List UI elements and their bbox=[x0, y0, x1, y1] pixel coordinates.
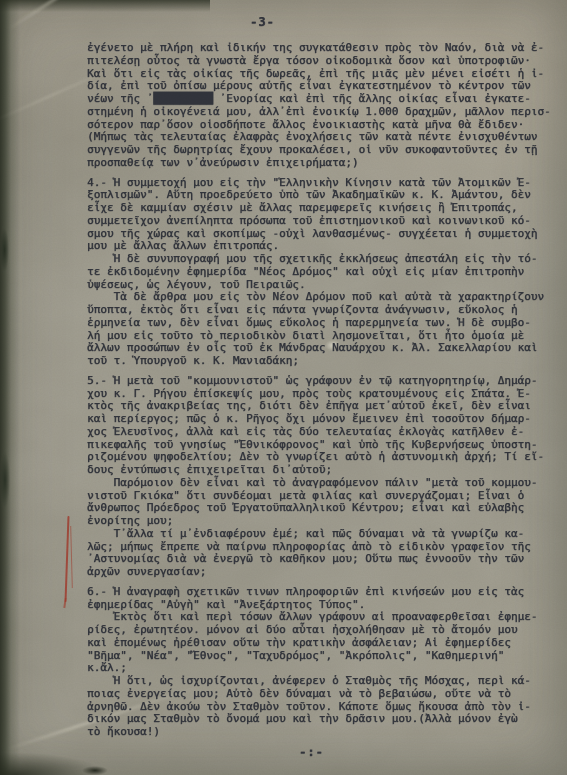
red-pencil-mark bbox=[63, 598, 66, 608]
scan-edge-dark-notch bbox=[0, 452, 10, 508]
typed-line: ὕποπτα, ἐκτὸς ὅτι εἶναι εἰς πάντα γνωρίζ… bbox=[87, 304, 561, 317]
red-pencil-mark bbox=[70, 526, 73, 588]
paragraph-block: 4.- Ἡ συμμετοχή μου εἰς τὴν "Ἑλληνικὴν Κ… bbox=[87, 177, 561, 368]
typed-page-number: -3- bbox=[250, 15, 275, 29]
typed-line: Ἡ δὲ συνυπογραφή μου τῆς σχετικῆς ἐκκλήσ… bbox=[87, 253, 561, 266]
typed-line: Τ᾽ἄλλα τί μ᾽ἐνδιαφέρουν ἐμέ; καὶ πῶς δύν… bbox=[87, 528, 561, 541]
typed-line: ἑρμηνεία των, δὲν εἶναι ὅμως εὔκολος ἡ π… bbox=[87, 317, 561, 330]
scan-edge-dark-spot bbox=[82, 766, 108, 775]
typed-line: τοῦ τ. Ὑπουργοῦ κ. Κ. Μανιαδάκη; bbox=[87, 355, 561, 368]
typed-line: Ἡ ὅτι, ὡς ἰσχυρίζονται, ἀνέφερεν ὁ Σταθμ… bbox=[87, 675, 561, 688]
typed-line: εἶχε δὲ καμμίαν σχέσιν μὲ ἄλλας παρεμφερ… bbox=[87, 202, 561, 215]
typed-line: ρίδες, ἐρωτητέον. μόνον αἱ δύο αὗται ἠσχ… bbox=[87, 624, 561, 637]
scan-edge-shadow-top bbox=[0, 0, 210, 12]
typed-line: 5.- Ἡ μετὰ τοῦ "κομμουνιστοῦ" ὡς γράφουν… bbox=[87, 375, 561, 388]
scanned-document-page: -3- ἐγένετο μὲ πλήρη καὶ ἰδικήν της συγκ… bbox=[0, 0, 567, 775]
typed-line: στημένη ἡ οἰκογένειά μου, ἀλλ᾽ἐπὶ ἐνοικί… bbox=[87, 106, 561, 119]
typed-line: συγγενῶν τῆς δωρητρίας ἔχουν προκαλέσει,… bbox=[87, 144, 561, 157]
typed-line: ἐνορίτης μου; bbox=[87, 515, 561, 528]
paragraph-block: ἐγένετο μὲ πλήρη καὶ ἰδικήν της συγκατάθ… bbox=[87, 42, 561, 170]
typed-line: ποιας ἐνεργείας μου; Αὐτὸ δὲν δύναμαι νὰ… bbox=[87, 688, 561, 701]
typed-line: καὶ ἑπομένως ἠρέθισαν οὕτω τὴν κρατικὴν … bbox=[87, 637, 561, 650]
typed-line: 6.- Ἡ ἀναγραφὴ σχετικῶν τινων πληροφοριῶ… bbox=[87, 586, 561, 599]
typed-line: συμμετεῖχον ἀνεπίληπτα πρόσωπα τοῦ ἐπιστ… bbox=[87, 215, 561, 228]
typed-line: χος Ἐλευσῖνος, ἀλλὰ καὶ εἰς τὰς δύο τελε… bbox=[87, 426, 561, 439]
typed-line: προσπαθείᾳ των ν᾽ἀνεύρωσιν ἐπιχειρήματα;… bbox=[87, 157, 561, 170]
typed-line: πιτελέσῃ οὗτος τὰ γνωστὰ ἔργα τόσον οἰκο… bbox=[87, 55, 561, 68]
paragraph-block: 6.- Ἡ ἀναγραφὴ σχετικῶν τινων πληροφοριῶ… bbox=[87, 586, 561, 739]
red-pencil-mark bbox=[64, 516, 69, 602]
scan-edge-shadow-left bbox=[0, 0, 20, 775]
typed-line: νέων τῆς ᾽█████████ ᾽Ενορίας καὶ ἐπὶ τῆς… bbox=[87, 93, 561, 106]
typed-line: ἐγένετο μὲ πλήρη καὶ ἰδικήν της συγκατάθ… bbox=[87, 42, 561, 55]
typed-line: Παρόμοιον δὲν εἶναι καὶ τὸ ἀναγραφόμενον… bbox=[87, 477, 561, 490]
scan-edge-dark-notch bbox=[0, 228, 9, 272]
typed-line: "Βῆμα", "Νέα", "Ἔθνος", "Ταχυδρόμος", "Ἀ… bbox=[87, 650, 561, 663]
typed-line: τε ἐκδιδομένην ἐφημερίδα "Νέος Δρόμος" κ… bbox=[87, 266, 561, 279]
scan-edge-shadow-bottom-left bbox=[0, 742, 130, 775]
typed-line: καὶ περίεργος; πῶς ὁ κ. Ρῆγος ὄχι μόνον … bbox=[87, 413, 561, 426]
typed-line: τὸ ἤκουσα!) bbox=[87, 726, 561, 739]
typed-line: δους ἐντύπωσις ἐπιχειρεῖται δι᾽αὐτοῦ; bbox=[87, 464, 561, 477]
typed-text-block: ἐγένετο μὲ πλήρη καὶ ἰδικήν της συγκατάθ… bbox=[87, 42, 561, 746]
typed-footer-mark: -:- bbox=[299, 745, 324, 759]
typed-line: ἀρχῶν συνεργασίαν; bbox=[87, 566, 561, 579]
paragraph-block: 5.- Ἡ μετὰ τοῦ "κομμουνιστοῦ" ὡς γράφουν… bbox=[87, 375, 561, 579]
